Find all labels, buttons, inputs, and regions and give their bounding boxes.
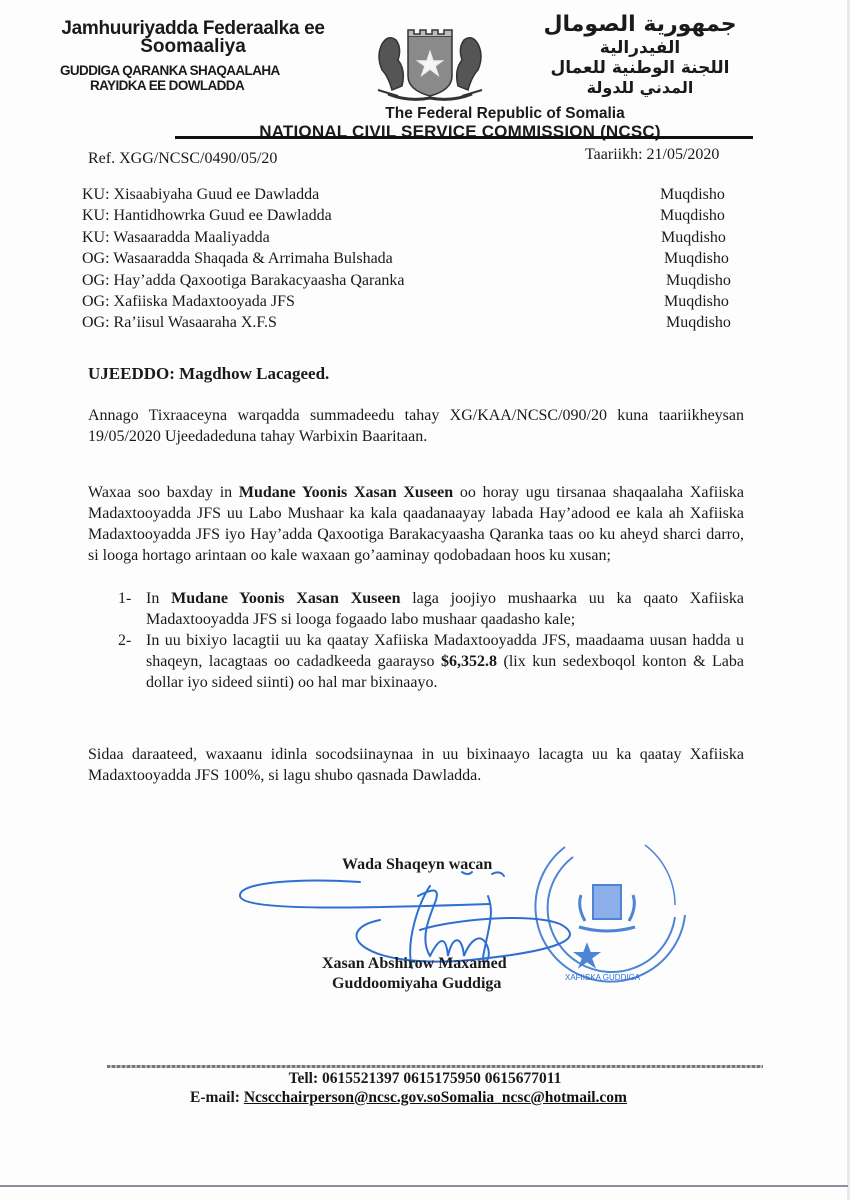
letter-date: Taariikh: 21/05/2020 [585,146,719,164]
letterhead-somali-line4: RAYIDKA EE DOWLADDA [48,78,338,93]
recipient-city: Muqdisho [666,272,731,290]
recipient-row: OG: Wasaaradda Shaqada & Arrimaha Bulsha… [82,250,782,271]
recipient-city: Muqdisho [660,186,725,204]
letter-page: Jamhuuriyadda Federaalka ee Soomaaliya G… [0,0,850,1200]
letterhead-english-line2: NATIONAL CIVIL SERVICE COMMISSION (NCSC) [180,122,740,142]
amount: $6,352.8 [441,653,497,670]
letterhead-somali-line3: GUDDIGA QARANKA SHAQAALAHA [48,63,338,78]
item-number: 1- [118,588,131,609]
letterhead-arabic-line1: جمهورية الصومال [520,12,760,38]
body-paragraph-3: Sidaa daraateed, waxaanu idinla socodsii… [88,744,744,786]
recipient-row: KU: Hantidhowrka Guud ee DawladdaMuqdish… [82,207,782,228]
item-text: In [146,590,171,607]
letterhead-arabic: جمهورية الصومال الفيدرالية اللجنة الوطني… [520,12,760,98]
email-link[interactable]: Ncscchairperson@ncsc.gov.soSomalia_ncsc@… [244,1089,627,1106]
recipient-city: Muqdisho [664,250,729,268]
decision-list: 1-In Mudane Yoonis Xasan Xuseen laga joo… [118,588,744,693]
recipient-name: KU: Xisaabiyaha Guud ee Dawladda [82,186,319,204]
recipient-row: OG: Xafiiska Madaxtooyada JFSMuqdisho [82,293,782,314]
recipient-name: OG: Ra’iisul Wasaaraha X.F.S [82,314,277,332]
recipient-city: Muqdisho [660,207,725,225]
recipient-city: Muqdisho [666,314,731,332]
footer-divider [107,1065,763,1068]
recipient-row: KU: Wasaaradda MaaliyaddaMuqdisho [82,229,782,250]
recipient-row: KU: Xisaabiyaha Guud ee DawladdaMuqdisho [82,186,782,207]
letterhead-english-line1: The Federal Republic of Somalia [270,105,740,122]
email-label: E-mail: [190,1089,244,1106]
somalia-coat-of-arms-icon [368,24,492,108]
recipient-name: OG: Xafiiska Madaxtooyada JFS [82,293,295,311]
recipient-list: KU: Xisaabiyaha Guud ee DawladdaMuqdisho… [82,186,782,336]
recipient-name: OG: Hay’adda Qaxootiga Barakacyaasha Qar… [82,272,405,290]
footer-phone: Tell: 0615521397 0615175950 0615677011 [0,1070,850,1088]
person-name: Mudane Yoonis Xasan Xuseen [171,590,400,607]
signatory-name: Xasan Abshirow Maxamed [322,955,507,973]
recipient-row: OG: Hay’adda Qaxootiga Barakacyaasha Qar… [82,272,782,293]
recipient-name: KU: Hantidhowrka Guud ee Dawladda [82,207,332,225]
reference-number: Ref. XGG/NCSC/0490/05/20 [88,150,277,168]
subject-line: UJEEDDO: Magdhow Lacageed. [88,364,329,384]
letterhead-somali: Jamhuuriyadda Federaalka ee Soomaaliya G… [48,10,338,93]
recipient-city: Muqdisho [661,229,726,247]
letterhead-arabic-line4: المدني للدولة [520,78,760,98]
letterhead-arabic-line3: اللجنة الوطنية للعمال [520,58,760,78]
signatory-title: Guddoomiyaha Guddiga [332,975,501,993]
letterhead-arabic-line2: الفيدرالية [520,38,760,58]
decision-item: 1-In Mudane Yoonis Xasan Xuseen laga joo… [118,588,744,630]
para2-intro: Waxaa soo baxday in [88,484,239,501]
footer-email: E-mail: Ncscchairperson@ncsc.gov.soSomal… [190,1089,627,1107]
body-paragraph-2: Waxaa soo baxday in Mudane Yoonis Xasan … [88,482,744,566]
recipient-name: KU: Wasaaradda Maaliyadda [82,229,270,247]
body-paragraph-1: Annago Tixraaceyna warqadda summadeedu t… [88,405,744,447]
person-name: Mudane Yoonis Xasan Xuseen [239,484,453,501]
header-divider [175,136,753,139]
paper-edge [0,1185,848,1187]
recipient-row: OG: Ra’iisul Wasaaraha X.F.SMuqdisho [82,314,782,335]
recipient-name: OG: Wasaaradda Shaqada & Arrimaha Bulsha… [82,250,393,268]
decision-item: 2-In uu bixiyo lacagtii uu ka qaatay Xaf… [118,630,744,693]
item-number: 2- [118,630,131,651]
recipient-city: Muqdisho [664,293,729,311]
